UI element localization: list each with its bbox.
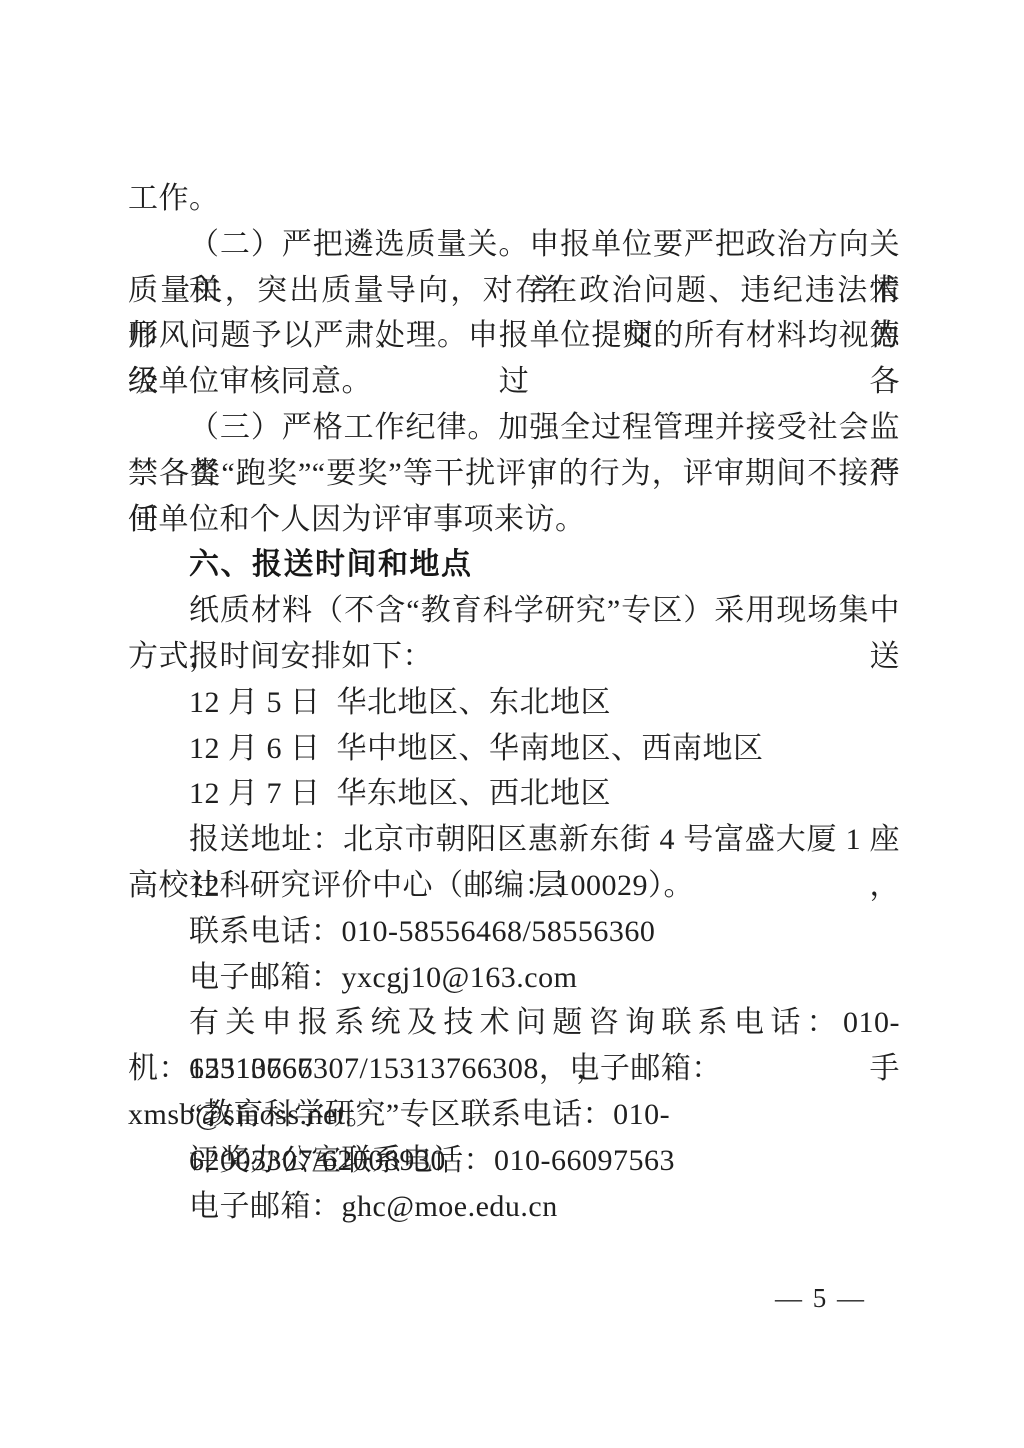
text-line: 何单位和个人因为评审事项来访。 bbox=[128, 497, 900, 543]
section-heading: 六、报送时间和地点 bbox=[128, 542, 900, 588]
text-line: 评奖办公室联系电话：010-66097563 bbox=[128, 1138, 900, 1184]
text-line: 有关申报系统及技术问题咨询联系电话：010-62510667，手 bbox=[128, 1000, 900, 1046]
text-line: 禁各类“跑奖”“要奖”等干扰评审的行为，评审期间不接待任 bbox=[128, 451, 900, 497]
text-line: 师风问题予以严肃处理。申报单位提交的所有材料均视为经过各 bbox=[128, 313, 900, 359]
text-line: 质量关，突出质量导向，对存在政治问题、违纪违法情形、师德 bbox=[128, 268, 900, 314]
text-line: 纸质材料（不含“教育科学研究”专区）采用现场集中报送 bbox=[128, 588, 900, 634]
text-line: 12 月 6 日 华中地区、华南地区、西南地区 bbox=[128, 726, 900, 772]
text-line: 电子邮箱：yxcgj10@163.com bbox=[128, 955, 900, 1001]
document-page: 工作。（二）严把遴选质量关。申报单位要严把政治方向关和学术质量关，突出质量导向，… bbox=[0, 0, 1024, 1448]
text-line: 电子邮箱：ghc@moe.edu.cn bbox=[128, 1184, 900, 1230]
text-line: “教育科学研究”专区联系电话：010-62003307/62008930 bbox=[128, 1092, 900, 1138]
text-line: （三）严格工作纪律。加强全过程管理并接受社会监督，严 bbox=[128, 405, 900, 451]
page-number: — 5 — bbox=[775, 1283, 866, 1313]
text-line: 12 月 5 日 华北地区、东北地区 bbox=[128, 680, 900, 726]
document-lines: 工作。（二）严把遴选质量关。申报单位要严把政治方向关和学术质量关，突出质量导向，… bbox=[128, 176, 900, 1229]
text-line: 12 月 7 日 华东地区、西北地区 bbox=[128, 771, 900, 817]
text-line: 工作。 bbox=[128, 176, 900, 222]
text-line: （二）严把遴选质量关。申报单位要严把政治方向关和学术 bbox=[128, 222, 900, 268]
text-line: 联系电话：010-58556468/58556360 bbox=[128, 909, 900, 955]
text-line: 报送地址：北京市朝阳区惠新东街 4 号富盛大厦 1 座 12 层， bbox=[128, 817, 900, 863]
document-body: 工作。（二）严把遴选质量关。申报单位要严把政治方向关和学术质量关，突出质量导向，… bbox=[128, 176, 900, 1229]
